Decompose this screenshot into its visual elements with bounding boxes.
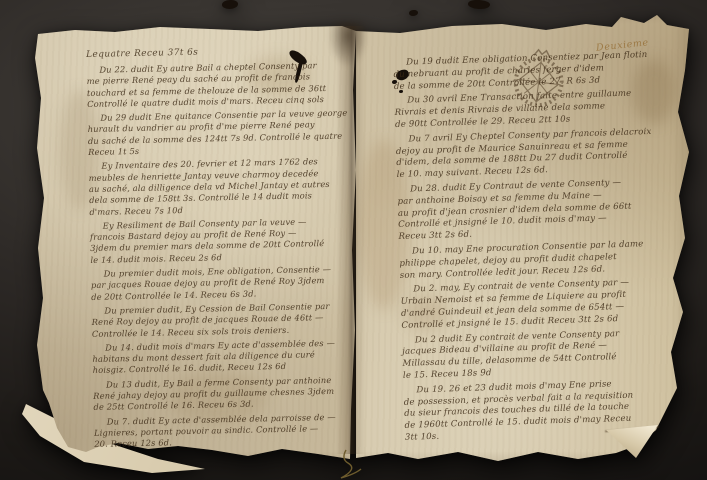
ink-blot (409, 10, 418, 16)
page-left-text: Lequatre Receu 37t 6s Du 22. dudit Ey au… (86, 44, 366, 453)
manuscript-entry: Du 2. may, Ey contrait de vente Consenty… (400, 276, 693, 332)
manuscript-entry: Du 29 dudit Ene quitance Consentie par l… (87, 107, 360, 158)
binding-thread (330, 446, 370, 480)
manuscript-entry: Du 7. dudit Ey acte d'assemblée dela par… (94, 411, 367, 451)
manuscript-entry: Du 28. dudit Ey Contraut de vente Consen… (397, 176, 691, 244)
ink-blot (468, 0, 491, 10)
manuscript-entry: Du 14. dudit mois d'mars Ey acte d'assem… (92, 337, 365, 377)
page-right-entries: Du 19 dudit Ene obligation Consentiez pa… (393, 49, 697, 445)
manuscript-entry: Ey Resiliment de Bail Consenty par la ve… (90, 215, 363, 266)
manuscript-entry: Du premier dudit mois, Ene obligation, C… (91, 263, 364, 303)
manuscript-entry: Du 10. may Ene procuration Consentie par… (399, 238, 692, 283)
page-right-text: Du 19 dudit Ene obligation Consentiez pa… (393, 49, 697, 448)
archival-scan: Deuxieme Lequatre Receu 37t 6s Du 22. du… (0, 0, 707, 480)
manuscript-entry: Du 7 avril Ey Cheptel Consenty par franc… (395, 126, 688, 182)
manuscript-entry: Du 2 dudit Ey contrait de vente Consenty… (402, 326, 695, 382)
page-left-entries: Du 22. dudit Ey autre Bail a cheptel Con… (86, 59, 366, 450)
manuscript-entry: Du 19. 26 et 23 dudit mois d'may Ene pri… (403, 376, 697, 444)
manuscript-entry: Du 13 dudit, Ey Bail a ferme Consenty pa… (93, 374, 366, 414)
manuscript-double-page: Deuxieme Lequatre Receu 37t 6s Du 22. du… (0, 0, 707, 480)
manuscript-entry: Du 30 avril Ene Transaction faite entre … (394, 87, 687, 132)
manuscript-entry: Du 22. dudit Ey autre Bail a cheptel Con… (86, 59, 359, 110)
manuscript-entry: Du premier dudit, Ey Cession de Bail Con… (91, 300, 364, 340)
manuscript-entry: Ey Inventaire des 20. fevrier et 12 mars… (88, 156, 361, 218)
ink-blot (222, 0, 238, 9)
